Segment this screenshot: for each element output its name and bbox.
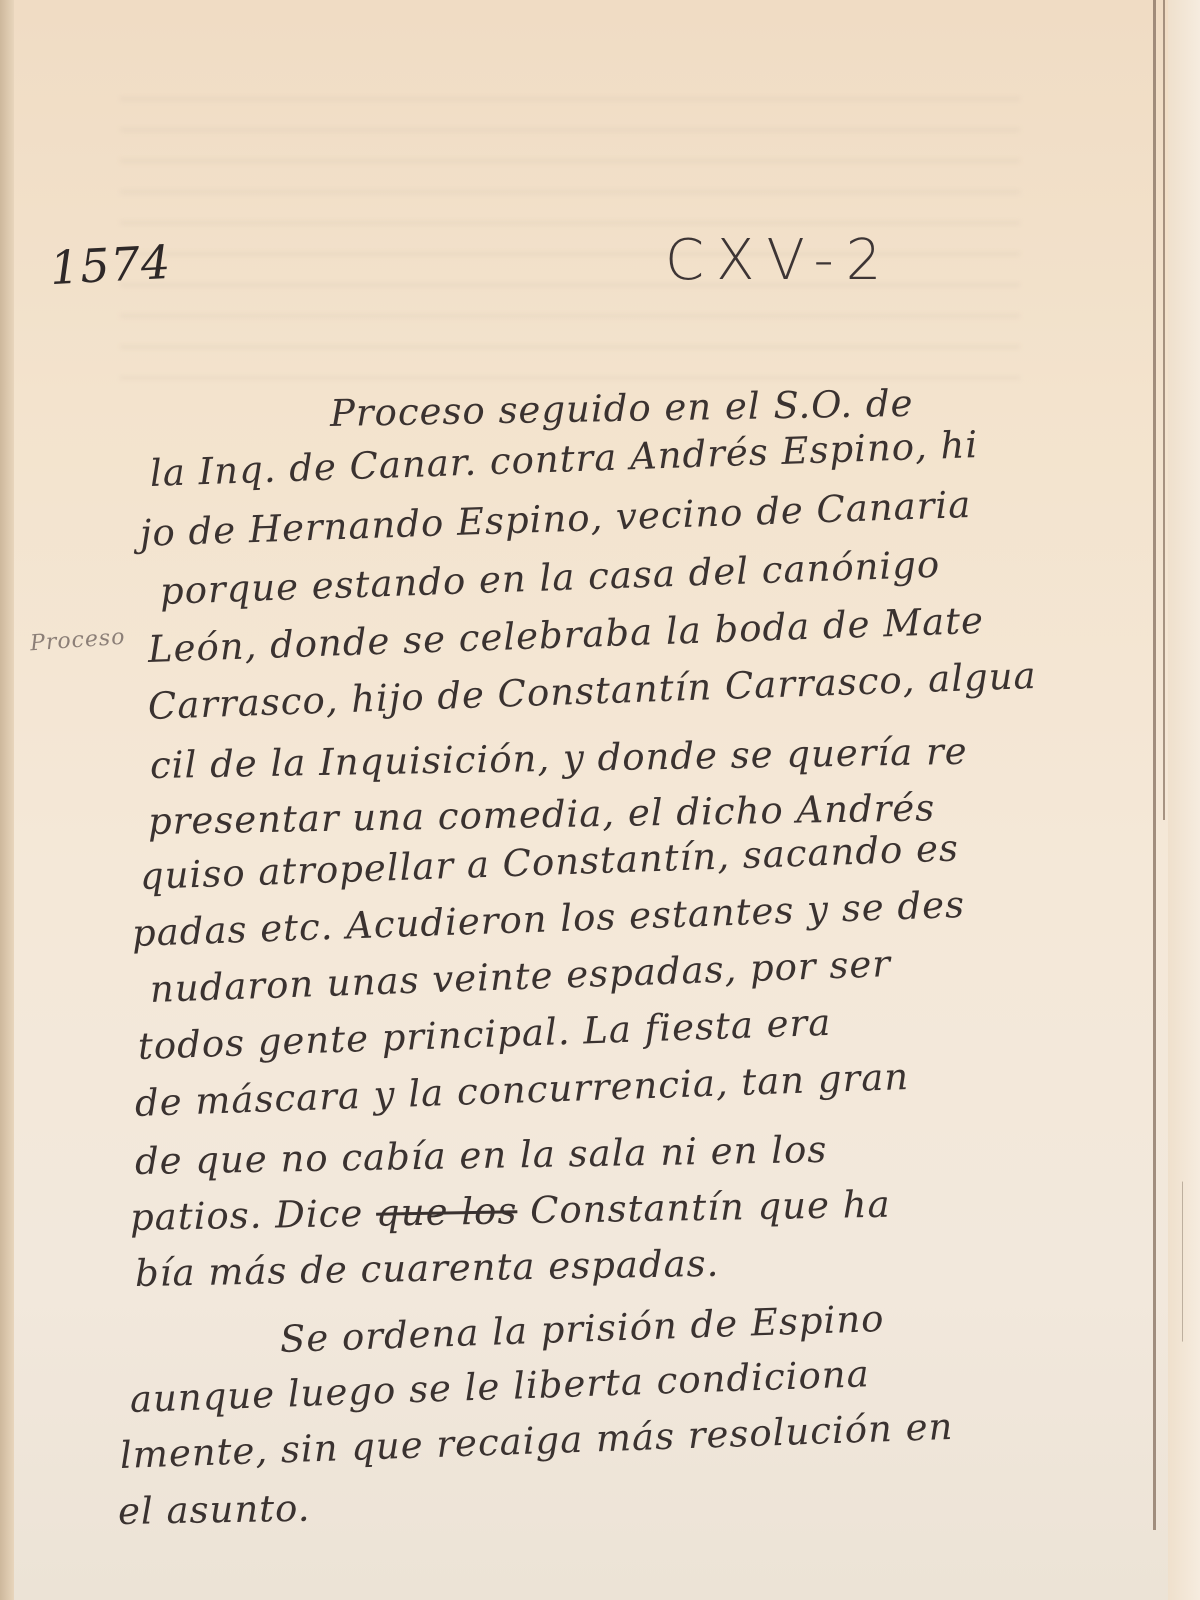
text-line: Se ordena la prisión de Espino	[279, 1297, 885, 1361]
binding-edge-line	[1153, 0, 1156, 1530]
year-heading: 1574	[49, 235, 173, 295]
struck-out-text: que los	[376, 1189, 518, 1234]
text-fragment: Constantín que ha	[530, 1183, 891, 1232]
adjacent-page-mark	[1182, 1178, 1200, 1341]
text-line: porque estando en la casa del canónigo	[159, 543, 941, 613]
text-fragment: patios. Dice	[130, 1192, 364, 1239]
text-line: patios. Dice que los Constantín que ha	[130, 1183, 891, 1239]
text-line: el asunto.	[118, 1487, 311, 1533]
text-line: bía más de cuarenta espadas.	[135, 1242, 720, 1295]
text-line: nudaron unas veinte espadas, por ser	[149, 942, 891, 1011]
text-line: la Inq. de Canar. contra Andrés Espino, …	[149, 423, 979, 495]
text-line: todos gente principal. La fiesta era	[137, 1001, 832, 1068]
binding-edge-line	[1163, 0, 1165, 820]
margin-note: Proceso	[29, 625, 126, 657]
text-line: de máscara y la concurrencia, tan gran	[134, 1055, 910, 1125]
text-line: jo de Hernando Espino, vecino de Canaria	[139, 483, 972, 555]
text-line: Proceso seguido en el S.O. de	[330, 382, 914, 435]
document-photo: 1574 CXV-2 Proceso Proceso seguido en el…	[0, 0, 1200, 1600]
page-left-shadow	[0, 0, 14, 1600]
adjacent-page-edge	[1168, 0, 1200, 1600]
text-line: de que no cabía en la sala ni en los	[135, 1128, 828, 1183]
catalog-reference: CXV-2	[665, 228, 893, 293]
text-line: cil de la Inquisición, y donde se quería…	[150, 730, 968, 787]
